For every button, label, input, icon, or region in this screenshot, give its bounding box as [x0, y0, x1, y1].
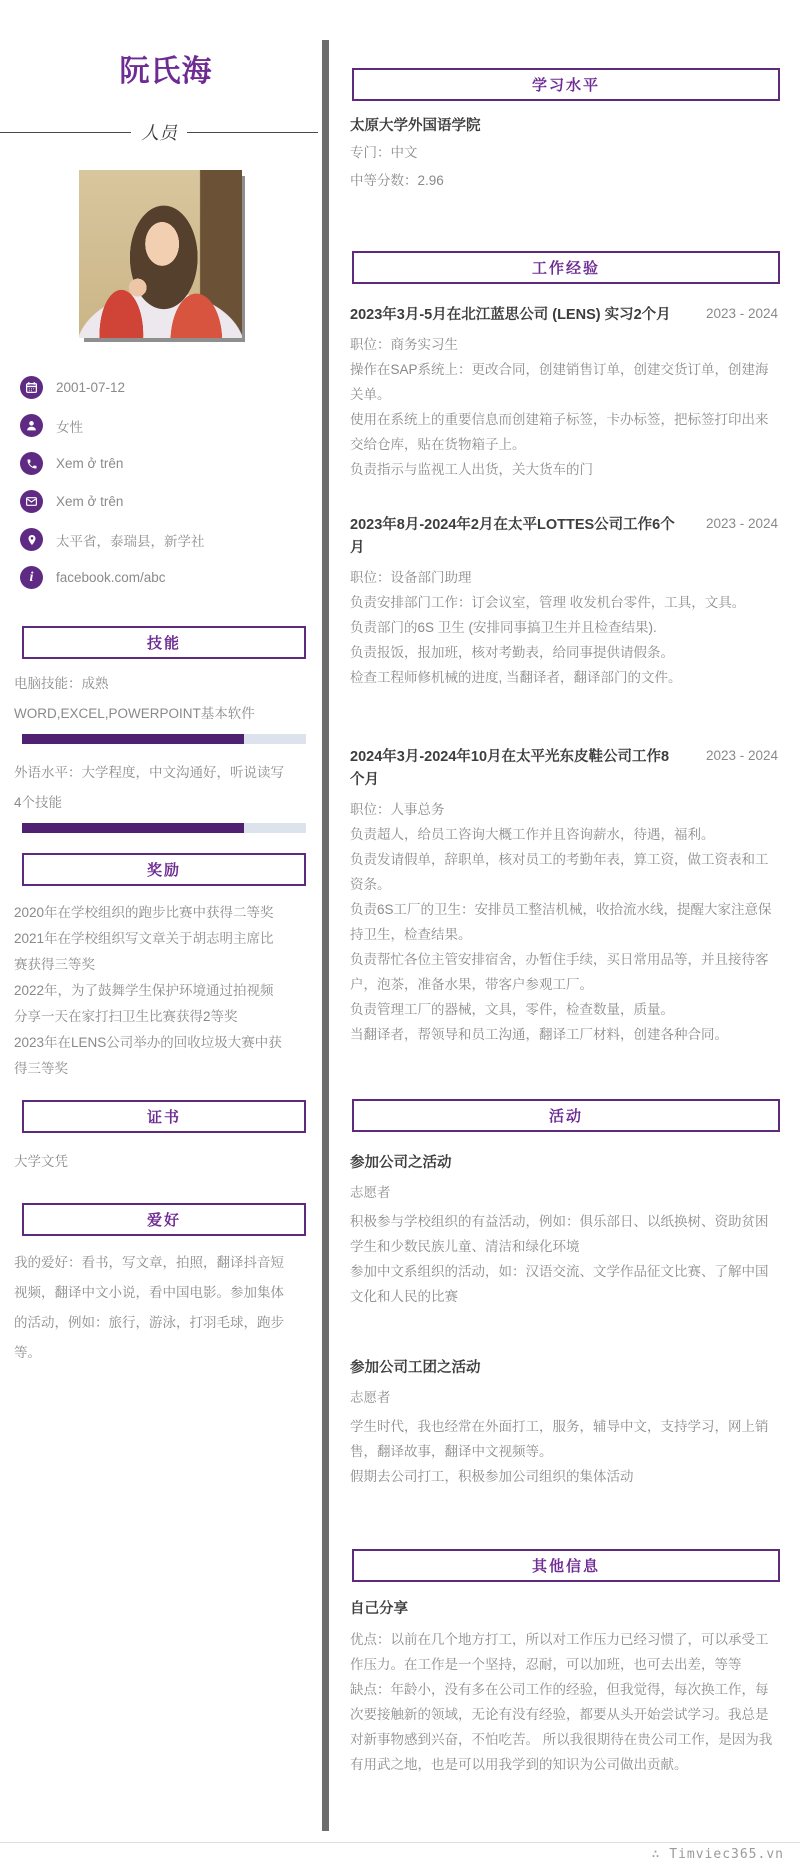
job-entry: 2023年3月-5月在北江蓝思公司 (LENS) 实习2个月 2023 - 20…	[350, 304, 778, 482]
footer-divider	[0, 1842, 800, 1843]
section-header-hobbies: 爱好	[22, 1203, 306, 1236]
activity-heading: 参加公司之活动	[350, 1152, 778, 1175]
divider-line	[187, 132, 318, 133]
job-position: 职位：商务实习生	[350, 333, 778, 357]
info-icon: i	[20, 566, 43, 589]
activity-line: 假期去公司打工，积极参加公司组织的集体活动	[350, 1464, 778, 1489]
section-header-other-info: 其他信息	[352, 1549, 780, 1582]
contact-email: Xem ở trên	[20, 490, 318, 513]
job-position: 职位：设备部门助理	[350, 566, 778, 590]
job-dates: 2023 - 2024	[706, 516, 778, 531]
section-header-education: 学习水平	[352, 68, 780, 101]
other-info-heading: 自己分享	[350, 1598, 778, 1621]
award-item: 2023年在LENS公司举办的回收垃圾大赛中获得三等奖	[14, 1030, 286, 1082]
candidate-name: 阮氏海	[14, 46, 318, 90]
column-divider	[322, 40, 329, 1831]
other-info-line: 优点：以前在几个地方打工，所以对工作压力已经习惯了，可以承受工作压力。在工作是一…	[350, 1627, 778, 1677]
section-title: 爱好	[147, 1209, 181, 1230]
activity-line: 参加中文系组织的活动，如：汉语交流、文学作品征文比赛、了解中国文化和人民的比赛	[350, 1259, 778, 1309]
section-title: 其他信息	[532, 1555, 600, 1576]
education-gpa: 中等分数：2.96	[350, 167, 778, 195]
award-item: 2021年在学校组织写文章关于胡志明主席比赛获得三等奖	[14, 926, 286, 978]
skill-progress-fill	[22, 734, 244, 744]
job-duty-line: 负责报饭，报加班，核对考勤表，给同事提供请假条。	[350, 640, 778, 665]
job-duty-line: 负责部门的6S 卫生 (安排同事搞卫生并且检查结果).	[350, 615, 778, 640]
location-icon	[20, 528, 43, 551]
activity-line: 积极参与学校组织的有益活动，例如：俱乐部日、以纸换树、资助贫困学生和少数民族儿童…	[350, 1209, 778, 1259]
job-duties: 操作在SAP系统上：更改合同，创建销售订单，创建交货订单，创建海关单。 使用在系…	[350, 357, 778, 482]
skill-progress-track	[22, 734, 306, 744]
awards-list: 2020年在学校组织的跑步比赛中获得二等奖 2021年在学校组织写文章关于胡志明…	[14, 900, 286, 1082]
section-header-awards: 奖励	[22, 853, 306, 886]
section-header-activities: 活动	[352, 1099, 780, 1132]
activity-lines: 学生时代，我也经常在外面打工，服务，辅导中文，支持学习，网上销售，翻译故事，翻译…	[350, 1414, 778, 1489]
job-duty-line: 负责安排部门工作：订会议室，管理 收发机台零件，工具，文具。	[350, 590, 778, 615]
job-duties: 负责安排部门工作：订会议室，管理 收发机台零件，工具，文具。 负责部门的6S 卫…	[350, 590, 778, 690]
section-title: 技能	[147, 632, 181, 653]
other-info-line: 缺点：年龄小，没有多在公司工作的经验，但我觉得，每次换工作，每次要接触新的领域，…	[350, 1677, 778, 1777]
job-duty-line: 负责发请假单，辞职单，核对员工的考勤年表，算工资，做工资表和工资条。	[350, 847, 778, 897]
job-duty-line: 负责6S工厂的卫生：安排员工整洁机械，收拾流水线，提醒大家注意保持卫生，检查结果…	[350, 897, 778, 947]
activity-lines: 积极参与学校组织的有益活动，例如：俱乐部日、以纸换树、资助贫困学生和少数民族儿童…	[350, 1209, 778, 1309]
job-entry: 2024年3月-2024年10月在太平光东皮鞋公司工作8个月 2023 - 20…	[350, 746, 778, 1047]
section-title: 工作经验	[532, 257, 600, 278]
activity-role: 志愿者	[350, 1386, 778, 1410]
skill-item-text: 电脑技能：成熟WORD,EXCEL,POWERPOINT基本软件	[14, 669, 286, 729]
job-entry: 2023年8月-2024年2月在太平LOTTES公司工作6个月 2023 - 2…	[350, 514, 778, 690]
job-duty-line: 负责超人，给员工咨询大概工作并且咨询薪水，待遇，福利。	[350, 822, 778, 847]
calendar-icon	[20, 376, 43, 399]
birthdate-value: 2001-07-12	[56, 380, 125, 395]
address-value: 太平省，泰瑞县，新学社	[56, 530, 205, 550]
education-major: 专门：中文	[350, 139, 778, 167]
activity-line: 学生时代，我也经常在外面打工，服务，辅导中文，支持学习，网上销售，翻译故事，翻译…	[350, 1414, 778, 1464]
activity-heading: 参加公司工团之活动	[350, 1357, 778, 1380]
section-title: 活动	[549, 1105, 583, 1126]
section-title: 学习水平	[532, 74, 600, 95]
phone-value: Xem ở trên	[56, 456, 123, 471]
job-duty-line: 负责帮忙各位主管安排宿舍，办暂住手续，买日常用品等，并且接待客户，泡茶，准备水果…	[350, 947, 778, 997]
profile-photo	[79, 170, 242, 338]
job-duty-line: 负责指示与监视工人出货，关大货车的门	[350, 457, 778, 482]
site-watermark: ∴ Timviec365.vn	[652, 1847, 784, 1862]
job-duties: 负责超人，给员工咨询大概工作并且咨询薪水，待遇，福利。 负责发请假单，辞职单，核…	[350, 822, 778, 1047]
contact-list: 2001-07-12 女性 Xem ở trên	[14, 376, 318, 589]
contact-gender: 女性	[20, 414, 318, 437]
job-duty-line: 负责管理工厂的器械，文具，零件，检查数量，质量。	[350, 997, 778, 1022]
certificate-item: 大学文凭	[14, 1147, 286, 1177]
job-duty-line: 使用在系统上的重要信息而创建箱子标签，卡办标签，把标签打印出来交给仓库，贴在货物…	[350, 407, 778, 457]
phone-icon	[20, 452, 43, 475]
job-duty-line: 检查工程师修机械的进度, 当翻译者，翻译部门的文件。	[350, 665, 778, 690]
contact-facebook[interactable]: i facebook.com/abc	[20, 566, 318, 589]
job-position: 职位：人事总务	[350, 798, 778, 822]
user-icon	[20, 414, 43, 437]
left-sidebar: 阮氏海 人员 2001-07-12 女性	[14, 0, 318, 1368]
job-dates: 2023 - 2024	[706, 306, 778, 321]
facebook-link[interactable]: facebook.com/abc	[56, 570, 166, 585]
skill-item-text: 外语水平：大学程度，中文沟通好，听说读写4个技能	[14, 758, 286, 818]
email-value: Xem ở trên	[56, 494, 123, 509]
award-item: 2020年在学校组织的跑步比赛中获得二等奖	[14, 900, 286, 926]
candidate-title: 人员	[131, 119, 187, 145]
education-school: 太原大学外国语学院	[350, 114, 778, 135]
divider-line	[0, 132, 131, 133]
section-title: 证书	[147, 1106, 181, 1127]
activity-role: 志愿者	[350, 1181, 778, 1205]
section-title: 奖励	[147, 859, 181, 880]
contact-birthdate: 2001-07-12	[20, 376, 318, 399]
email-icon	[20, 490, 43, 513]
contact-phone: Xem ở trên	[20, 452, 318, 475]
activity-entry: 参加公司之活动 志愿者 积极参与学校组织的有益活动，例如：俱乐部日、以纸换树、资…	[350, 1152, 778, 1309]
section-header-skills: 技能	[22, 626, 306, 659]
award-item: 2022年，为了鼓舞学生保护环境通过拍视频分享一天在家打扫卫生比赛获得2等奖	[14, 978, 286, 1030]
job-duty-line: 操作在SAP系统上：更改合同，创建销售订单，创建交货订单，创建海关单。	[350, 357, 778, 407]
skill-progress-fill	[22, 823, 244, 833]
contact-address: 太平省，泰瑞县，新学社	[20, 528, 318, 551]
skill-progress-track	[22, 823, 306, 833]
activity-entry: 参加公司工团之活动 志愿者 学生时代，我也经常在外面打工，服务，辅导中文，支持学…	[350, 1357, 778, 1489]
section-header-certificates: 证书	[22, 1100, 306, 1133]
gender-value: 女性	[56, 416, 83, 436]
job-duty-line: 当翻译者，帮领导和员工沟通，翻译工厂材料，创建各种合同。	[350, 1022, 778, 1047]
other-info-text: 优点：以前在几个地方打工，所以对工作压力已经习惯了，可以承受工作压力。在工作是一…	[350, 1627, 778, 1777]
job-dates: 2023 - 2024	[706, 748, 778, 763]
section-header-experience: 工作经验	[352, 251, 780, 284]
main-content: 学习水平 太原大学外国语学院 专门：中文 中等分数：2.96 工作经验 2023…	[350, 0, 778, 1777]
hobbies-text: 我的爱好：看书，写文章，拍照，翻译抖音短视频，翻译中文小说，看中国电影。参加集体…	[14, 1248, 286, 1368]
candidate-title-row: 人员	[0, 120, 318, 144]
